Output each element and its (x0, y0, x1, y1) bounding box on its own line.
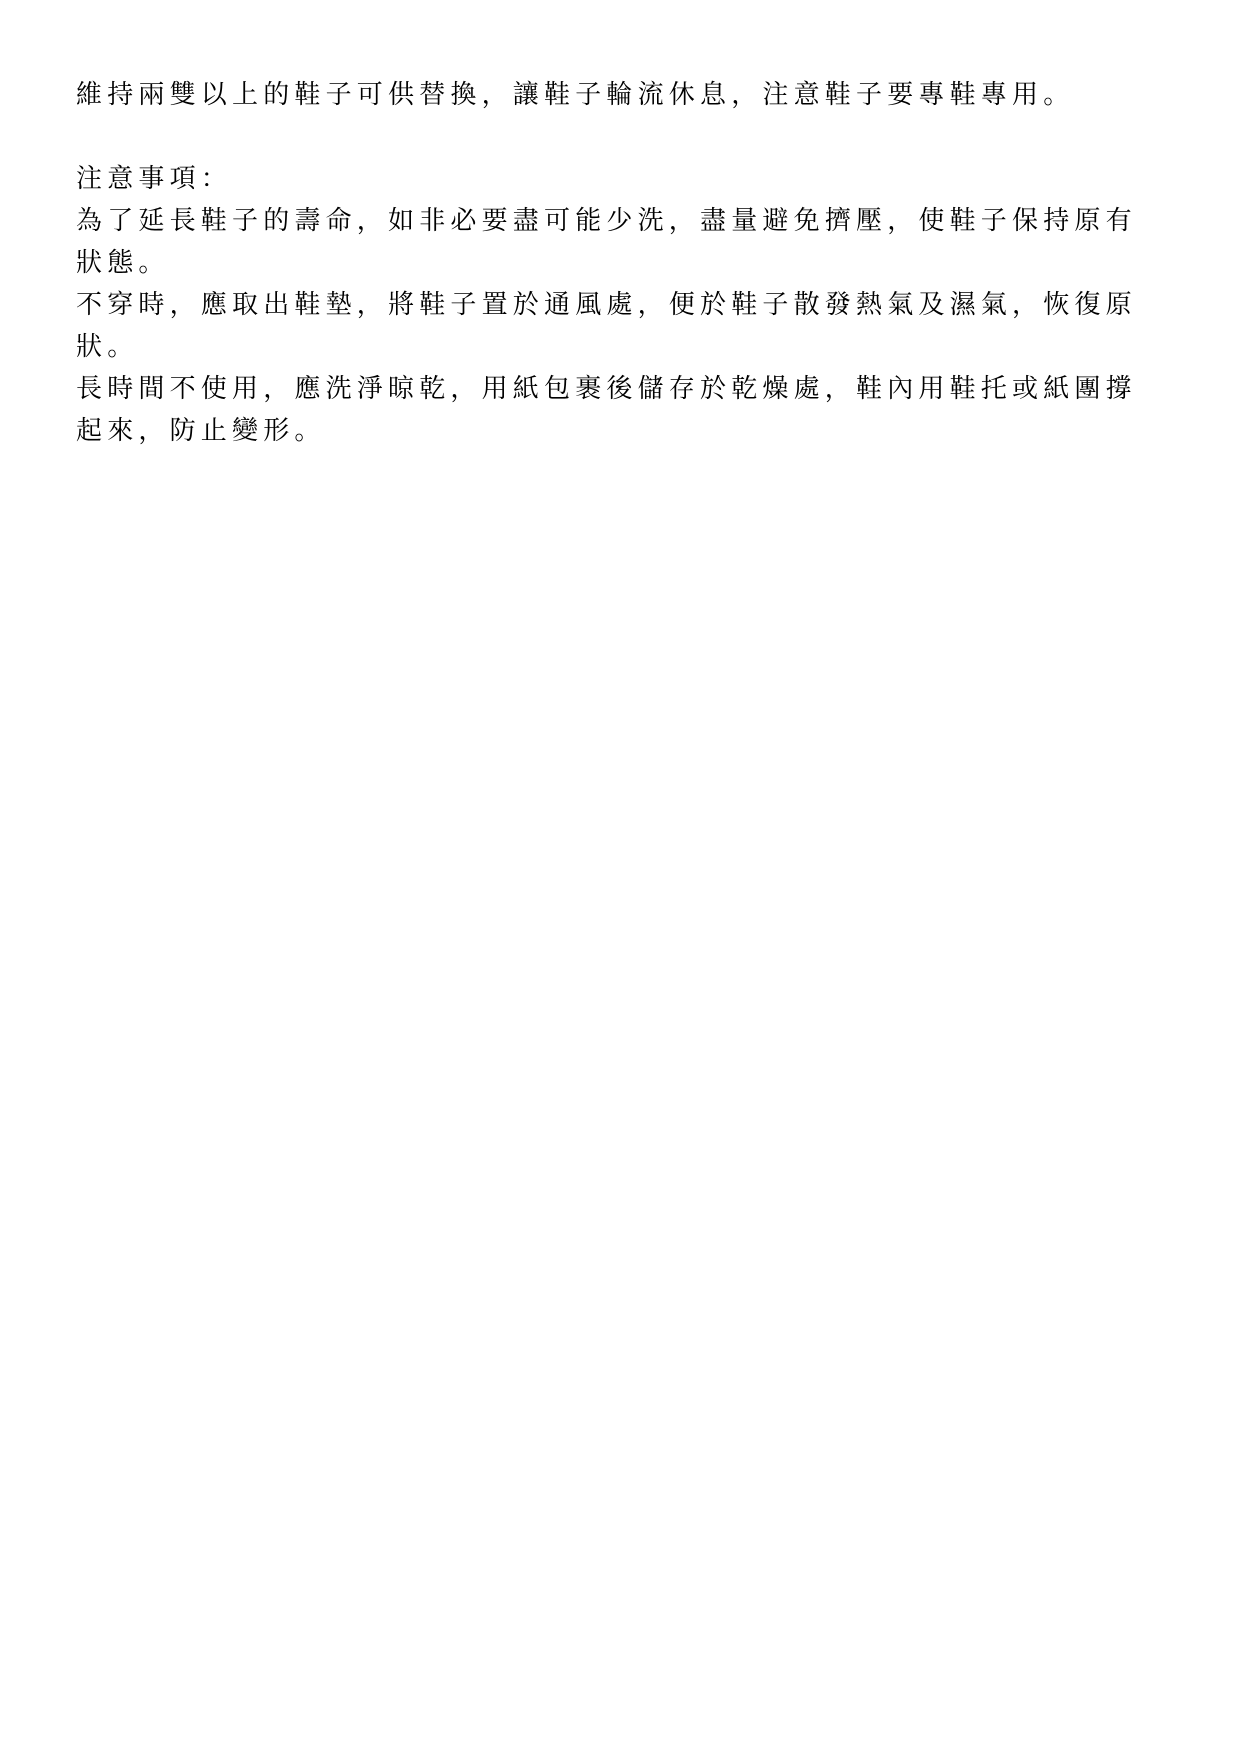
intro-paragraph: 維持兩雙以上的鞋子可供替換，讓鞋子輪流休息，注意鞋子要專鞋專用。 (76, 74, 1146, 116)
notes-heading: 注意事項： (76, 158, 1146, 200)
note-item-2: 不穿時，應取出鞋墊，將鞋子置於通風處，便於鞋子散發熱氣及濕氣，恢復原狀。 (76, 284, 1146, 368)
paragraph-spacer (76, 116, 1146, 158)
note-item-1: 為了延長鞋子的壽命，如非必要盡可能少洗，盡量避免擠壓，使鞋子保持原有狀態。 (76, 200, 1146, 284)
document-page: 維持兩雙以上的鞋子可供替換，讓鞋子輪流休息，注意鞋子要專鞋專用。 注意事項： 為… (76, 74, 1146, 452)
note-item-3: 長時間不使用，應洗淨晾乾，用紙包裹後儲存於乾燥處，鞋內用鞋托或紙團撐起來，防止變… (76, 368, 1146, 452)
